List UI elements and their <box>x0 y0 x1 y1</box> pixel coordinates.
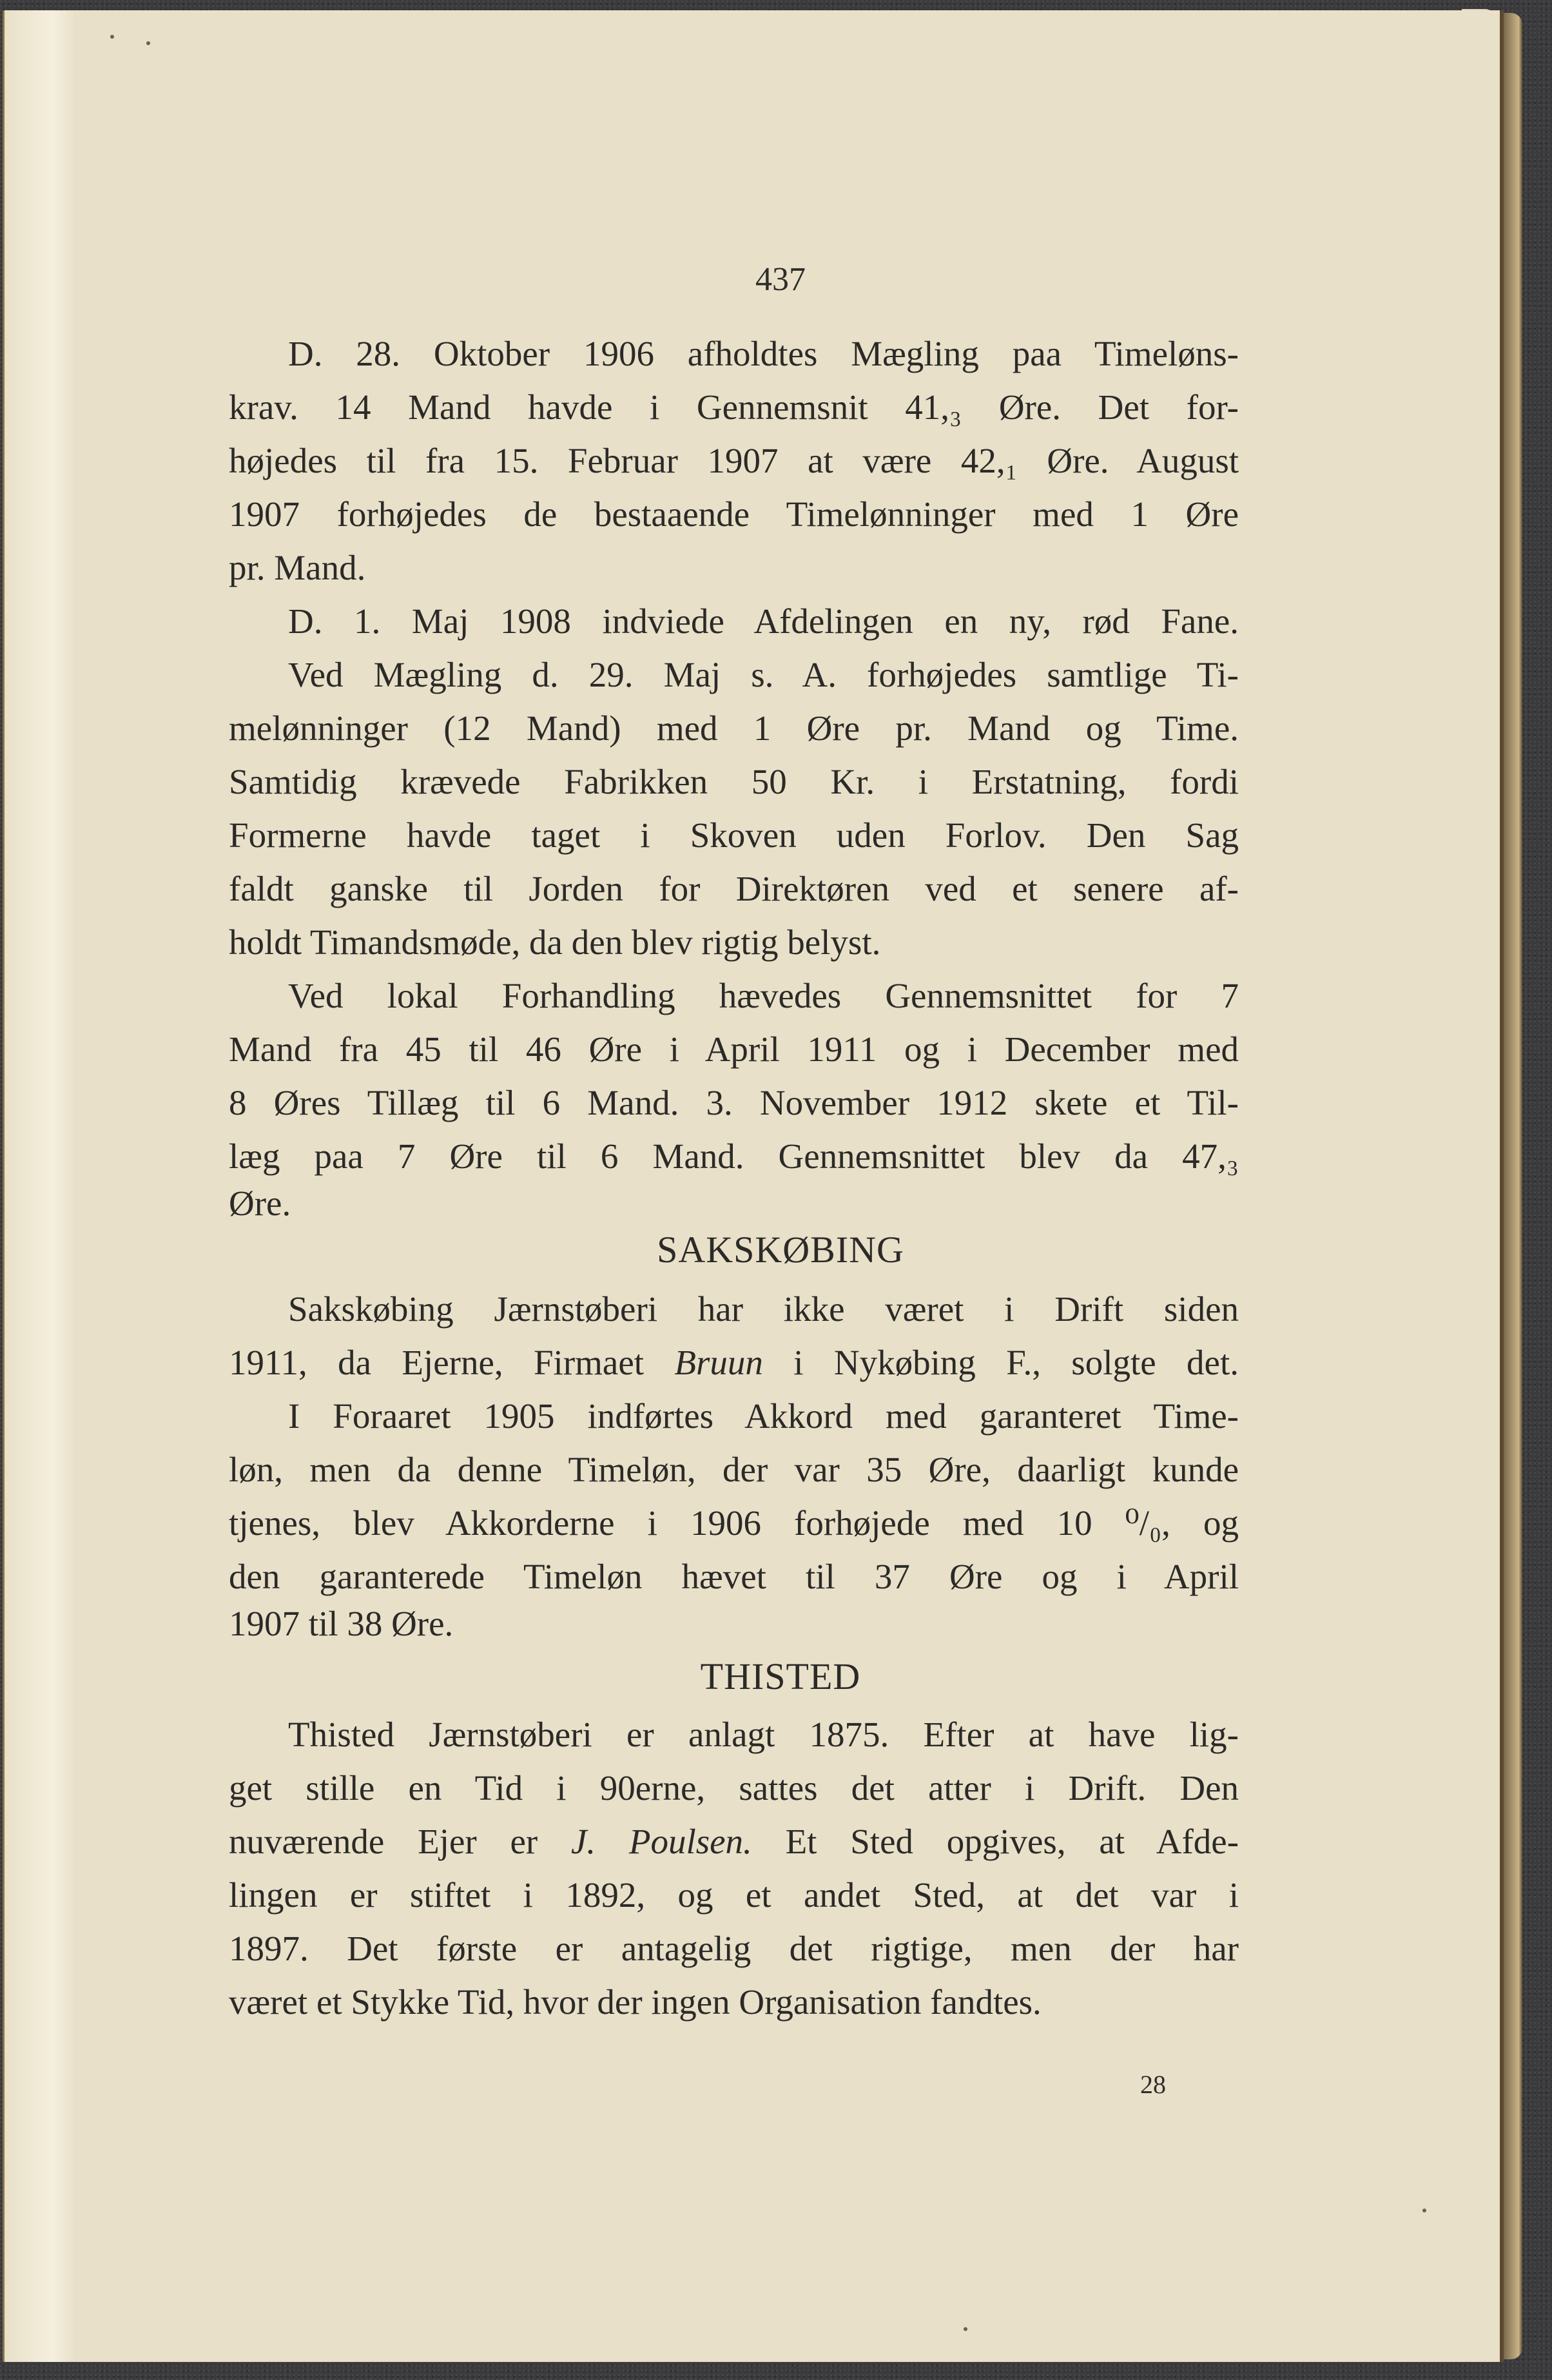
line-text: krav. 14 Mand havde i Gennemsnit 41,₃ Ør… <box>229 387 1239 427</box>
text-line: get stille en Tid i 90erne, sattes det a… <box>229 1766 1239 1811</box>
text-line: D. 28. Oktober 1906 afholdtes Mægling pa… <box>288 331 1239 376</box>
book-page: 437 D. 28. Oktober 1906 afholdtes Mæglin… <box>3 10 1504 2362</box>
signature-mark: 28 <box>1140 2069 1166 2100</box>
text-line: 1911, da Ejerne, Firmaet Bruun i Nykøbin… <box>229 1340 1239 1385</box>
text-line: Ved Mægling d. 29. Maj s. A. forhøjedes … <box>288 652 1239 697</box>
text-line: melønninger (12 Mand) med 1 Øre pr. Mand… <box>229 706 1239 751</box>
text-line: Sakskøbing Jærnstøberi har ikke været i … <box>288 1287 1239 1332</box>
text-line: Ved lokal Forhandling hævedes Gennemsnit… <box>288 973 1239 1019</box>
line-text: i Nykøbing F., solgte det. <box>793 1343 1239 1382</box>
text-line: 1907 forhøjedes de bestaaende Timelønnin… <box>229 492 1239 537</box>
text-line: tjenes, blev Akkorderne i 1906 forhøjede… <box>229 1501 1239 1546</box>
text-line: Mand fra 45 til 46 Øre i April 1911 og i… <box>229 1027 1239 1072</box>
section-heading-sakskobing: SAKSKØBING <box>5 1227 1552 1273</box>
line-text: 1911, da Ejerne, Firmaet <box>229 1343 644 1382</box>
text-line: faldt ganske til Jorden for Direktøren v… <box>229 866 1239 912</box>
text-line: løn, men da denne Timeløn, der var 35 Ør… <box>229 1447 1239 1492</box>
text-line: I Foraaret 1905 indførtes Akkord med gar… <box>288 1394 1239 1439</box>
paper-speck <box>1422 2209 1426 2212</box>
italic-name-bruun: Bruun <box>674 1343 763 1382</box>
text-line: holdt Timandsmøde, da den blev rigtig be… <box>229 920 1239 965</box>
line-text: nuværende Ejer er <box>229 1822 538 1861</box>
text-line: 1907 til 38 Øre. <box>229 1601 1239 1646</box>
italic-name-poulsen: J. Poulsen. <box>571 1822 752 1861</box>
text-line: Øre. <box>229 1181 1239 1226</box>
text-line: D. 1. Maj 1908 indviede Afdelingen en ny… <box>288 599 1239 644</box>
text-line: Thisted Jærnstøberi er anlagt 1875. Efte… <box>288 1712 1239 1757</box>
paper-speck <box>146 41 150 45</box>
page-number: 437 <box>5 260 1552 298</box>
text-line: lingen er stiftet i 1892, og et andet St… <box>229 1873 1239 1918</box>
text-line: den garanterede Timeløn hævet til 37 Øre… <box>229 1554 1239 1599</box>
line-text: Et Sted opgives, at Afde- <box>786 1822 1239 1861</box>
text-line: læg paa 7 Øre til 6 Mand. Gennemsnittet … <box>229 1134 1239 1179</box>
text-line: højedes til fra 15. Februar 1907 at være… <box>229 438 1239 483</box>
text-line: krav. 14 Mand havde i Gennemsnit 41,₃ Ør… <box>229 385 1239 430</box>
text-line: Samtidig krævede Fabrikken 50 Kr. i Erst… <box>229 759 1239 805</box>
text-line: nuværende Ejer er J. Poulsen. Et Sted op… <box>229 1819 1239 1864</box>
text-line: 8 Øres Tillæg til 6 Mand. 3. November 19… <box>229 1080 1239 1126</box>
page-text: 437 D. 28. Oktober 1906 afholdtes Mæglin… <box>5 10 1504 2362</box>
paper-speck <box>110 35 114 39</box>
section-heading-thisted: THISTED <box>5 1654 1552 1699</box>
text-line: 1897. Det første er antagelig det rigtig… <box>229 1926 1239 1971</box>
text-line: pr. Mand. <box>229 545 1239 590</box>
paper-speck <box>964 2327 967 2331</box>
text-line: været et Stykke Tid, hvor der ingen Orga… <box>229 1980 1239 2025</box>
text-line: Formerne havde taget i Skoven uden Forlo… <box>229 813 1239 858</box>
